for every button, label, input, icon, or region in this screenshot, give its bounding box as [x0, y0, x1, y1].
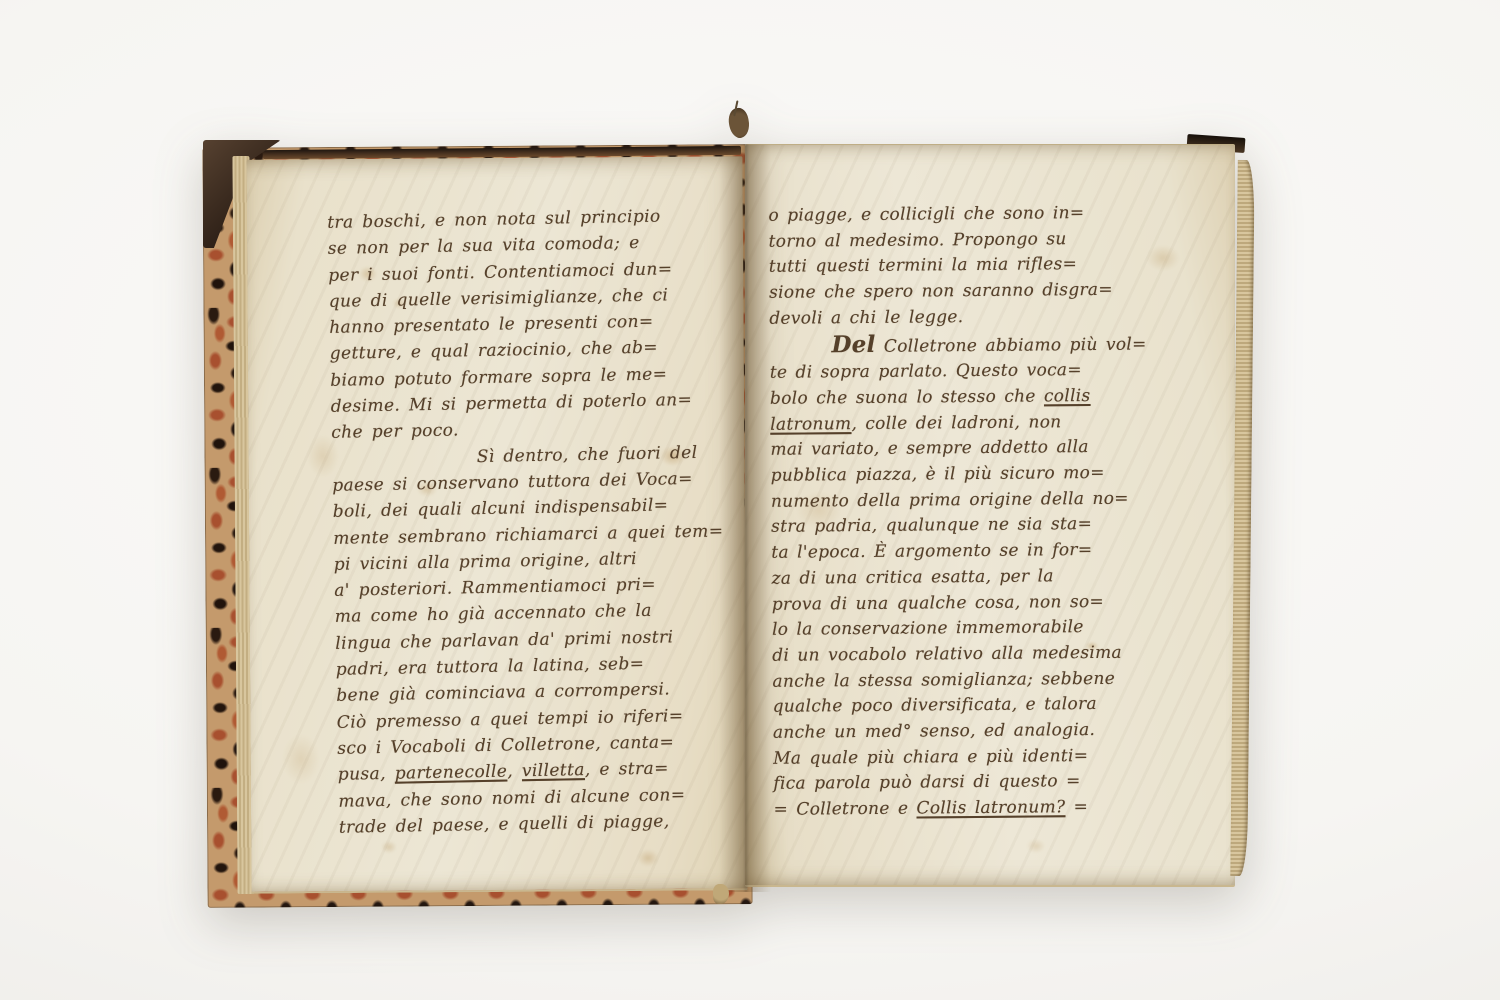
manuscript-line: latronum, colle dei ladroni, non	[770, 409, 1180, 438]
manuscript-line: di un vocabolo relativo alla medesima	[772, 640, 1182, 669]
manuscript-line: tutti questi termini la mia rifles=	[769, 252, 1179, 281]
manuscript-line: lo la conservazione immemorabile	[772, 614, 1182, 643]
manuscript-line: anche la stessa somiglianza; sebbene	[772, 666, 1182, 695]
right-page-text: o piagge, e collicigli che sono in=torno…	[768, 200, 1183, 823]
manuscript-line: anche un med° senso, ed analogia.	[773, 717, 1183, 746]
manuscript-line: bolo che suona lo stesso che collis	[770, 383, 1180, 412]
open-manuscript-book: tra boschi, e non nota sul principiose n…	[205, 128, 1290, 906]
photo-background: tra boschi, e non nota sul principiose n…	[0, 0, 1500, 1000]
manuscript-line: pubblica piazza, è il più sicuro mo=	[771, 460, 1181, 489]
manuscript-line: devoli a chi le legge.	[769, 303, 1179, 332]
manuscript-line: Del Colletrone abbiamo più vol=	[769, 329, 1179, 361]
manuscript-line: mai variato, e sempre addetto alla	[770, 435, 1180, 464]
manuscript-line: o piagge, e collicigli che sono in=	[768, 200, 1178, 229]
manuscript-line: prova di una qualche cosa, non so=	[772, 589, 1182, 618]
manuscript-line: numento della prima origine della no=	[771, 486, 1181, 515]
manuscript-line: = Colletrone e Collis latronum? =	[773, 794, 1183, 823]
manuscript-line: te di sopra parlato. Questo voca=	[770, 357, 1180, 386]
headband-tuft-top	[726, 106, 752, 140]
manuscript-line: sione che spero non saranno disgra=	[769, 277, 1179, 306]
manuscript-line: qualche poco diversificata, e talora	[773, 692, 1183, 721]
left-page-text: tra boschi, e non nota sul principiose n…	[327, 202, 741, 841]
manuscript-line: torno al medesimo. Propongo su	[769, 226, 1179, 255]
manuscript-line: ta l'epoca. È argomento se in for=	[771, 537, 1181, 566]
manuscript-line: stra padria, qualunque ne sia sta=	[771, 512, 1181, 541]
manuscript-line: Ma quale più chiara e più identi=	[773, 743, 1183, 772]
manuscript-line: za di una critica esatta, per la	[771, 563, 1181, 592]
manuscript-line: fica parola può darsi di questo =	[773, 769, 1183, 798]
